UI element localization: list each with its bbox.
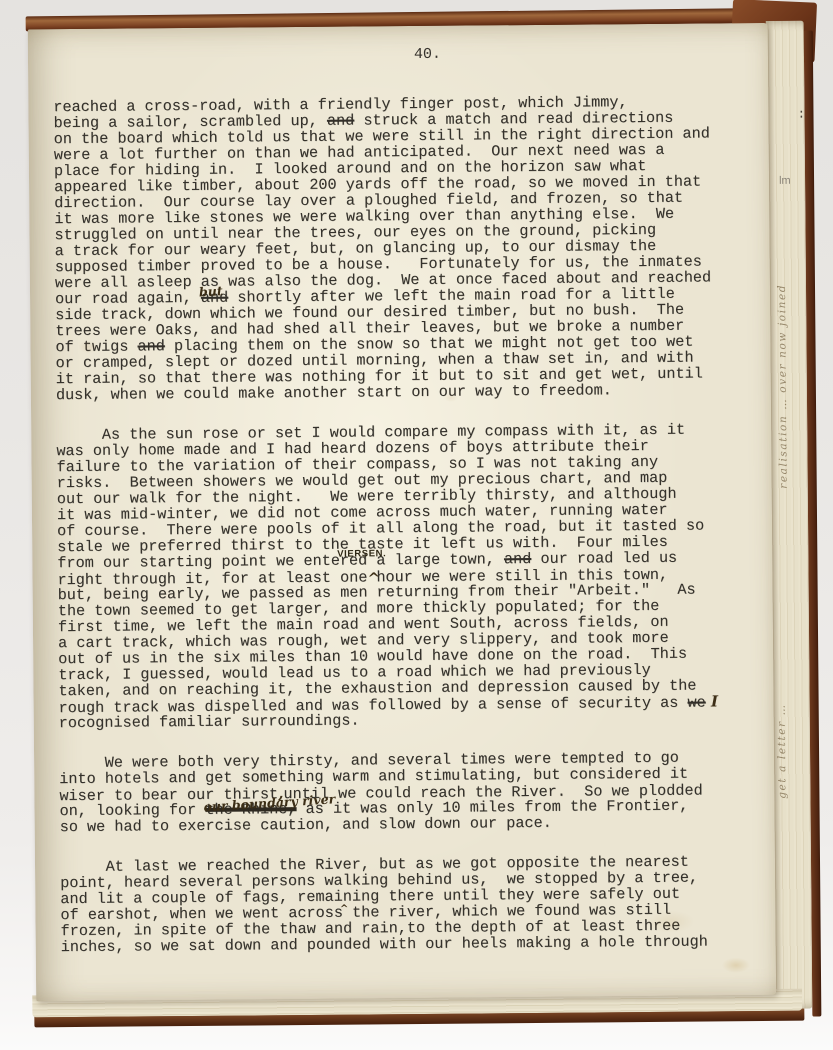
- margin-handwriting-top: realisation … over now joined our mates …: [776, 279, 790, 489]
- paragraph: reached a cross-road, with a friendly fi…: [53, 93, 756, 403]
- page: 40. reached a cross-road, with a friendl…: [28, 23, 776, 1001]
- typed-correction: ^: [367, 570, 376, 586]
- paragraph: At last we reached the River, but as we …: [60, 853, 761, 955]
- annotated-segment: butand: [201, 289, 228, 307]
- typed-text: dusk, when we could make another start o…: [56, 381, 612, 404]
- typed-correction: I: [706, 692, 719, 710]
- typed-line: dusk, when we could make another start o…: [56, 381, 756, 403]
- page-number: 40.: [414, 46, 441, 63]
- typed-correction: and: [201, 289, 228, 307]
- paragraph: As the sun rose or set I would compare m…: [56, 421, 759, 731]
- paragraph: We were both very thirsty, and several t…: [59, 749, 760, 835]
- typed-text-block: reached a cross-road, with a friendly fi…: [53, 93, 761, 979]
- annotated-segment: our boundary riverthe Rhine,: [205, 800, 296, 819]
- typed-line: so we had to exercise caution, and slow …: [60, 813, 760, 835]
- margin-pencil-note: lm: [779, 175, 791, 187]
- scan-background: realisation … over now joined our mates …: [0, 0, 833, 1050]
- typed-line: inches, so we sat down and pounded with …: [61, 933, 761, 955]
- typed-correction: the Rhine,: [205, 800, 296, 819]
- margin-mark-colon: :: [797, 107, 805, 122]
- typed-text: so we had to exercise caution, and slow …: [60, 814, 552, 836]
- book: realisation … over now joined our mates …: [18, 7, 819, 1030]
- typed-text: rocognised familiar surroundings.: [59, 712, 360, 733]
- typed-correction: and: [504, 550, 531, 568]
- typed-correction: we: [687, 693, 705, 711]
- margin-handwriting-bottom: get a letter …: [775, 687, 788, 799]
